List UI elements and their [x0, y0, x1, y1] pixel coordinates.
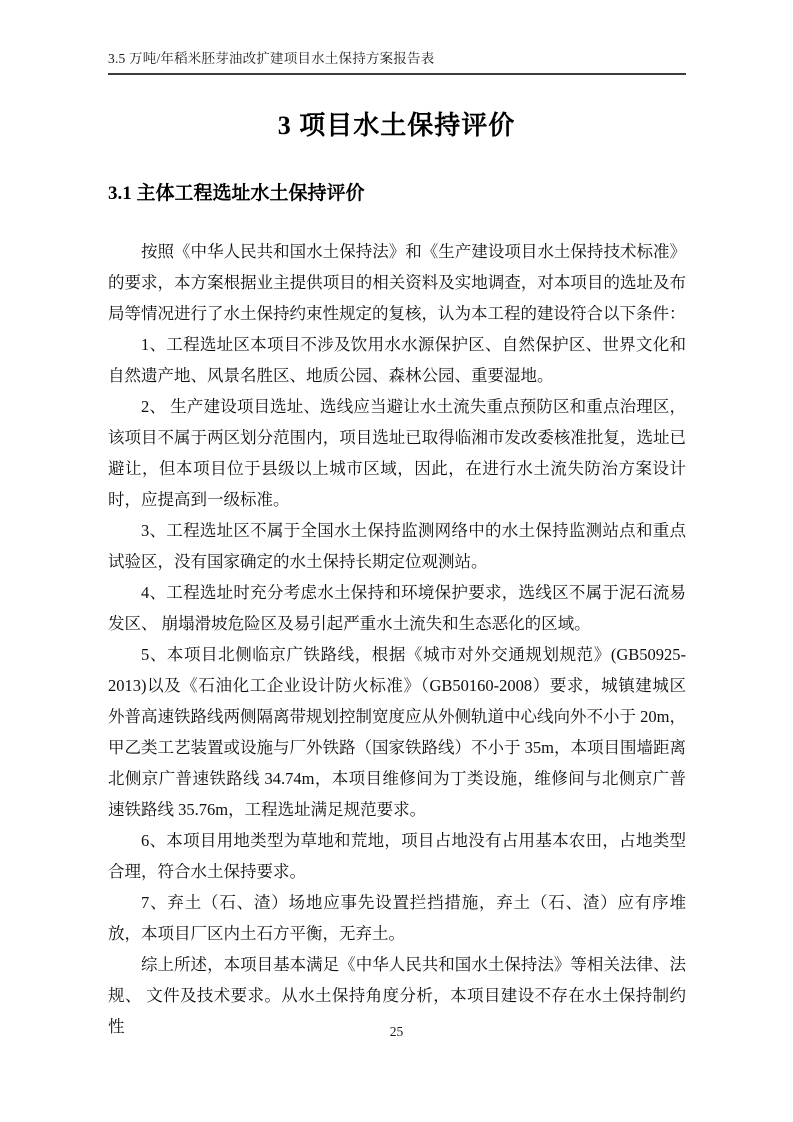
paragraph: 3、工程选址区不属于全国水土保持监测网络中的水土保持监测站点和重点试验区，没有国…: [108, 515, 686, 577]
section-heading: 3.1 主体工程选址水土保持评价: [108, 180, 686, 208]
paragraph: 7、弃土（石、渣）场地应事先设置拦挡措施，弃土（石、渣）应有序堆放，本项目厂区内…: [108, 887, 686, 949]
chapter-title: 3 项目水土保持评价: [0, 106, 793, 146]
document-page: 3.5 万吨/年稻米胚芽油改扩建项目水土保持方案报告表 3 项目水土保持评价 3…: [0, 0, 793, 1122]
paragraph-list: 按照《中华人民共和国水土保持法》和《生产建设项目水土保持技术标准》的要求，本方案…: [108, 236, 686, 1042]
paragraph: 2、 生产建设项目选址、选线应当避让水土流失重点预防区和重点治理区，该项目不属于…: [108, 391, 686, 515]
running-header: 3.5 万吨/年稻米胚芽油改扩建项目水土保持方案报告表: [108, 50, 686, 75]
paragraph: 4、工程选址时充分考虑水土保持和环境保护要求，选线区不属于泥石流易发区、 崩塌滑…: [108, 577, 686, 639]
paragraph: 6、本项目用地类型为草地和荒地，项目占地没有占用基本农田，占地类型合理，符合水土…: [108, 825, 686, 887]
paragraph: 按照《中华人民共和国水土保持法》和《生产建设项目水土保持技术标准》的要求，本方案…: [108, 236, 686, 329]
paragraph: 1、工程选址区本项目不涉及饮用水水源保护区、自然保护区、世界文化和自然遗产地、风…: [108, 329, 686, 391]
paragraph: 5、本项目北侧临京广铁路线，根据《城市对外交通规划规范》(GB50925-201…: [108, 639, 686, 825]
page-number: 25: [0, 1024, 793, 1040]
